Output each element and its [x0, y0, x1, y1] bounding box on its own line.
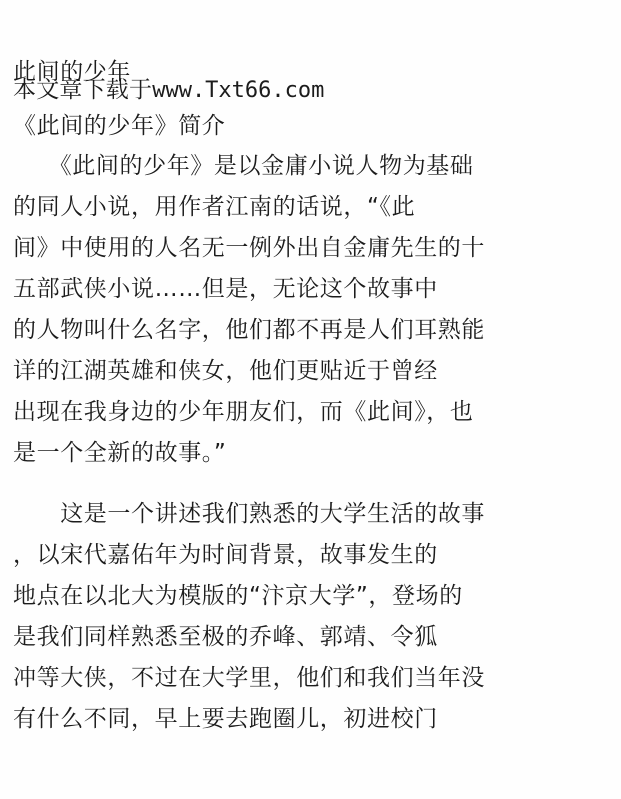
body-line: 间》中使用的人名无一例外出自金庸先生的十 [13, 234, 485, 262]
body-line: 《此间的少年》是以金庸小说人物为基础 [13, 152, 474, 180]
body-line: 有什么不同，早上要去跑圈儿，初进校门 [13, 705, 438, 733]
body-line: 冲等大侠，不过在大学里，他们和我们当年没 [13, 664, 485, 692]
body-line: 这是一个讲述我们熟悉的大学生活的故事 [13, 500, 485, 528]
body-line: 地点在以北大为模版的“汴京大学”，登场的 [13, 582, 463, 610]
body-line: 五部武侠小说……但是，无论这个故事中 [13, 275, 438, 303]
source-prefix: 本文章下载于 [13, 77, 152, 103]
body-line: 详的江湖英雄和侠女，他们更贴近于曾经 [13, 357, 438, 385]
body-line: 是一个全新的故事。” [13, 439, 226, 467]
section-heading: 《此间的少年》简介 [13, 112, 225, 140]
body-line: 是我们同样熟悉至极的乔峰、郭靖、令狐 [13, 623, 438, 651]
source-line: 本文章下载于www.Txt66.com [13, 76, 324, 105]
source-site: www.Txt66.com [152, 78, 324, 103]
document-page: 此间的少年 本文章下载于www.Txt66.com 《此间的少年》简介 《此间的… [0, 0, 621, 799]
body-line: 的人物叫什么名字，他们都不再是人们耳熟能 [13, 316, 485, 344]
body-line: 的同人小说，用作者江南的话说，“《此 [13, 193, 415, 221]
body-line: ，以宋代嘉佑年为时间背景，故事发生的 [13, 541, 438, 569]
body-line: 出现在我身边的少年朋友们，而《此间》，也 [13, 398, 474, 426]
